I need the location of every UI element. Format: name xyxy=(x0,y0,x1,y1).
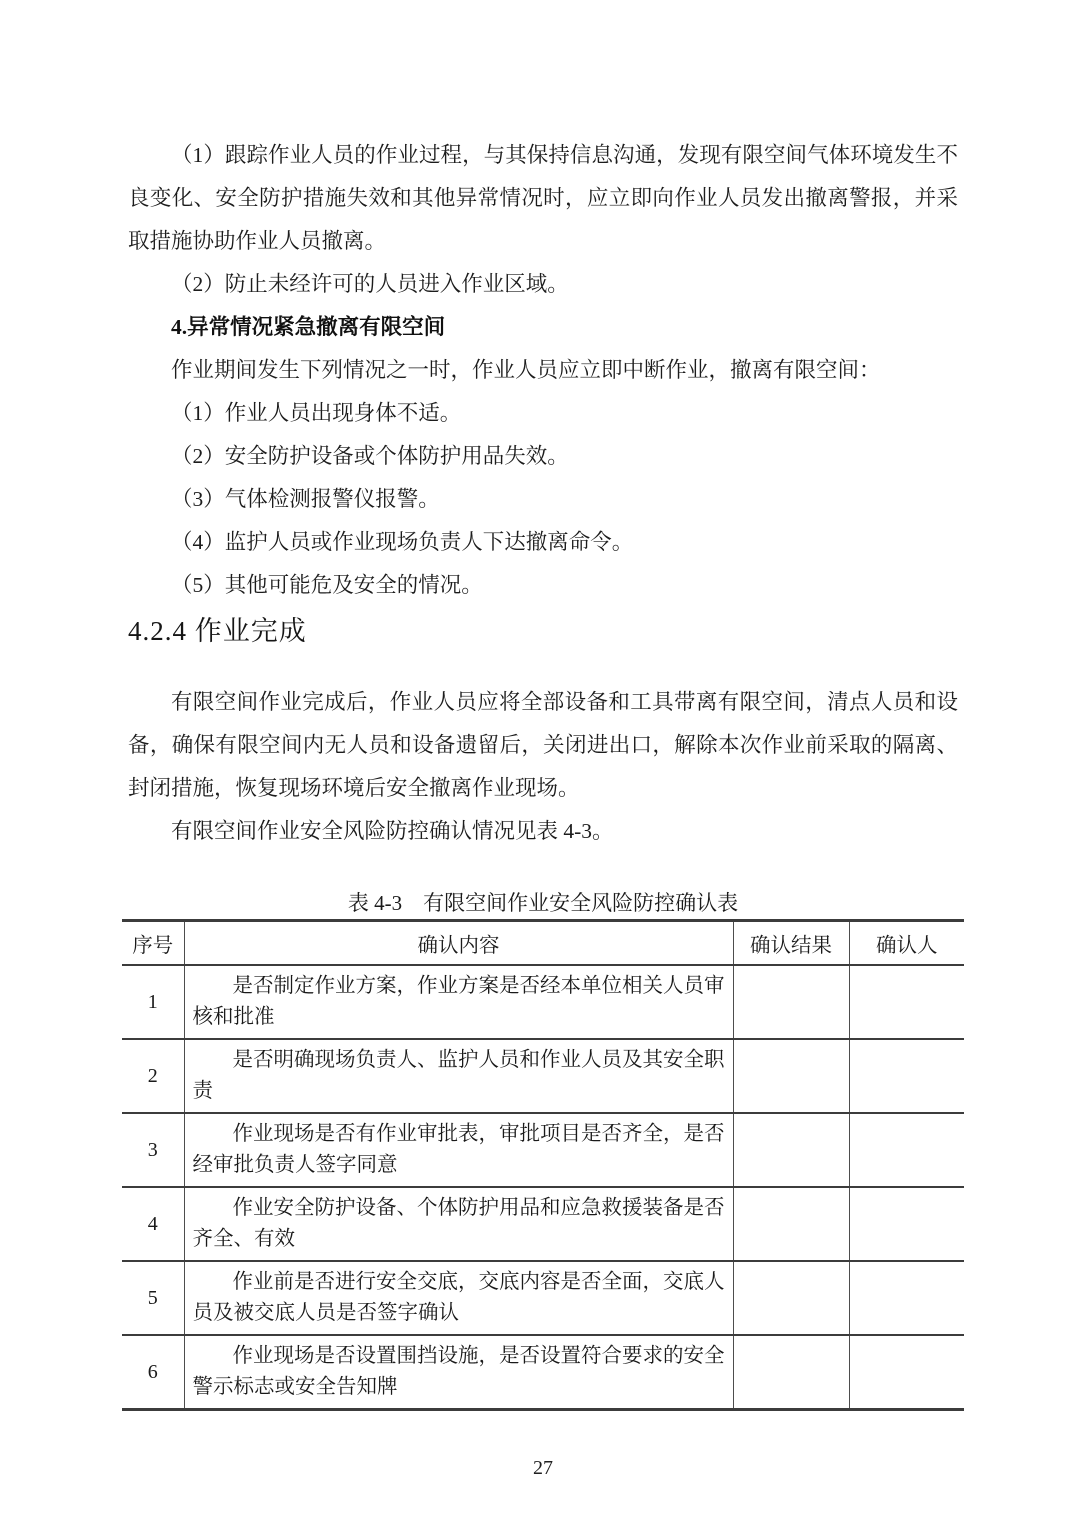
cell-result xyxy=(733,1039,849,1113)
cell-result xyxy=(733,965,849,1039)
cell-confirmer xyxy=(849,1039,964,1113)
paragraph-monitor-duty-2: （2）防止未经许可的人员进入作业区域。 xyxy=(128,263,958,306)
cell-content: 作业现场是否有作业审批表，审批项目是否齐全，是否经审批负责人签字同意 xyxy=(184,1113,733,1187)
subheading-emergency-evacuation: 4.异常情况紧急撤离有限空间 xyxy=(128,306,958,349)
cell-content: 是否制定作业方案，作业方案是否经本单位相关人员审核和批准 xyxy=(184,965,733,1039)
cell-confirmer xyxy=(849,1113,964,1187)
table-row: 1 是否制定作业方案，作业方案是否经本单位相关人员审核和批准 xyxy=(122,965,964,1039)
cell-result xyxy=(733,1113,849,1187)
cell-confirmer xyxy=(849,965,964,1039)
table-row: 3 作业现场是否有作业审批表，审批项目是否齐全，是否经审批负责人签字同意 xyxy=(122,1113,964,1187)
list-item-1: （1）作业人员出现身体不适。 xyxy=(128,392,958,435)
section-heading-4-2-4: 4.2.4 作业完成 xyxy=(128,613,958,649)
cell-serial: 4 xyxy=(122,1187,184,1261)
cell-content-text: 作业安全防护设备、个体防护用品和应急救援装备是否齐全、有效 xyxy=(185,1188,733,1260)
cell-content-text: 作业现场是否有作业审批表，审批项目是否齐全，是否经审批负责人签字同意 xyxy=(185,1114,733,1186)
cell-serial: 3 xyxy=(122,1113,184,1187)
table-row: 4 作业安全防护设备、个体防护用品和应急救援装备是否齐全、有效 xyxy=(122,1187,964,1261)
cell-confirmer xyxy=(849,1187,964,1261)
list-item-3: （3）气体检测报警仪报警。 xyxy=(128,478,958,521)
cell-content-text: 是否明确现场负责人、监护人员和作业人员及其安全职责 xyxy=(185,1040,733,1112)
paragraph-evacuation-intro: 作业期间发生下列情况之一时，作业人员应立即中断作业，撤离有限空间： xyxy=(128,349,958,392)
table-row: 5 作业前是否进行安全交底，交底内容是否全面，交底人员及被交底人员是否签字确认 xyxy=(122,1261,964,1335)
cell-content: 是否明确现场负责人、监护人员和作业人员及其安全职责 xyxy=(184,1039,733,1113)
table-row: 6 作业现场是否设置围挡设施，是否设置符合要求的安全警示标志或安全告知牌 xyxy=(122,1335,964,1410)
paragraph-table-reference: 有限空间作业安全风险防控确认情况见表 4-3。 xyxy=(128,810,958,853)
header-confirmation-result: 确认结果 xyxy=(733,921,849,966)
table-caption: 表 4-3 有限空间作业安全风险防控确认表 xyxy=(128,887,958,919)
cell-content: 作业前是否进行安全交底，交底内容是否全面，交底人员及被交底人员是否签字确认 xyxy=(184,1261,733,1335)
list-item-5: （5）其他可能危及安全的情况。 xyxy=(128,564,958,607)
cell-serial: 2 xyxy=(122,1039,184,1113)
cell-serial: 1 xyxy=(122,965,184,1039)
list-item-2: （2）安全防护设备或个体防护用品失效。 xyxy=(128,435,958,478)
cell-confirmer xyxy=(849,1335,964,1410)
cell-content: 作业现场是否设置围挡设施，是否设置符合要求的安全警示标志或安全告知牌 xyxy=(184,1335,733,1410)
list-item-4: （4）监护人员或作业现场负责人下达撤离命令。 xyxy=(128,521,958,564)
header-confirmation-content: 确认内容 xyxy=(184,921,733,966)
table-header-row: 序号 确认内容 确认结果 确认人 xyxy=(122,921,964,966)
header-confirmer: 确认人 xyxy=(849,921,964,966)
cell-content-text: 作业现场是否设置围挡设施，是否设置符合要求的安全警示标志或安全告知牌 xyxy=(185,1336,733,1408)
cell-content: 作业安全防护设备、个体防护用品和应急救援装备是否齐全、有效 xyxy=(184,1187,733,1261)
header-serial-number: 序号 xyxy=(122,921,184,966)
cell-serial: 6 xyxy=(122,1335,184,1410)
table-row: 2 是否明确现场负责人、监护人员和作业人员及其安全职责 xyxy=(122,1039,964,1113)
confirmation-table: 序号 确认内容 确认结果 确认人 1 是否制定作业方案，作业方案是否经本单位相关… xyxy=(122,919,964,1411)
cell-result xyxy=(733,1335,849,1410)
document-page: （1）跟踪作业人员的作业过程，与其保持信息沟通，发现有限空间气体环境发生不良变化… xyxy=(0,0,1080,1526)
cell-serial: 5 xyxy=(122,1261,184,1335)
page-number: 27 xyxy=(128,1457,958,1480)
cell-confirmer xyxy=(849,1261,964,1335)
paragraph-monitor-duty-1: （1）跟踪作业人员的作业过程，与其保持信息沟通，发现有限空间气体环境发生不良变化… xyxy=(128,134,958,263)
cell-content-text: 作业前是否进行安全交底，交底内容是否全面，交底人员及被交底人员是否签字确认 xyxy=(185,1262,733,1334)
paragraph-work-completion: 有限空间作业完成后，作业人员应将全部设备和工具带离有限空间，清点人员和设备，确保… xyxy=(128,681,958,810)
cell-result xyxy=(733,1261,849,1335)
cell-result xyxy=(733,1187,849,1261)
cell-content-text: 是否制定作业方案，作业方案是否经本单位相关人员审核和批准 xyxy=(185,966,733,1038)
